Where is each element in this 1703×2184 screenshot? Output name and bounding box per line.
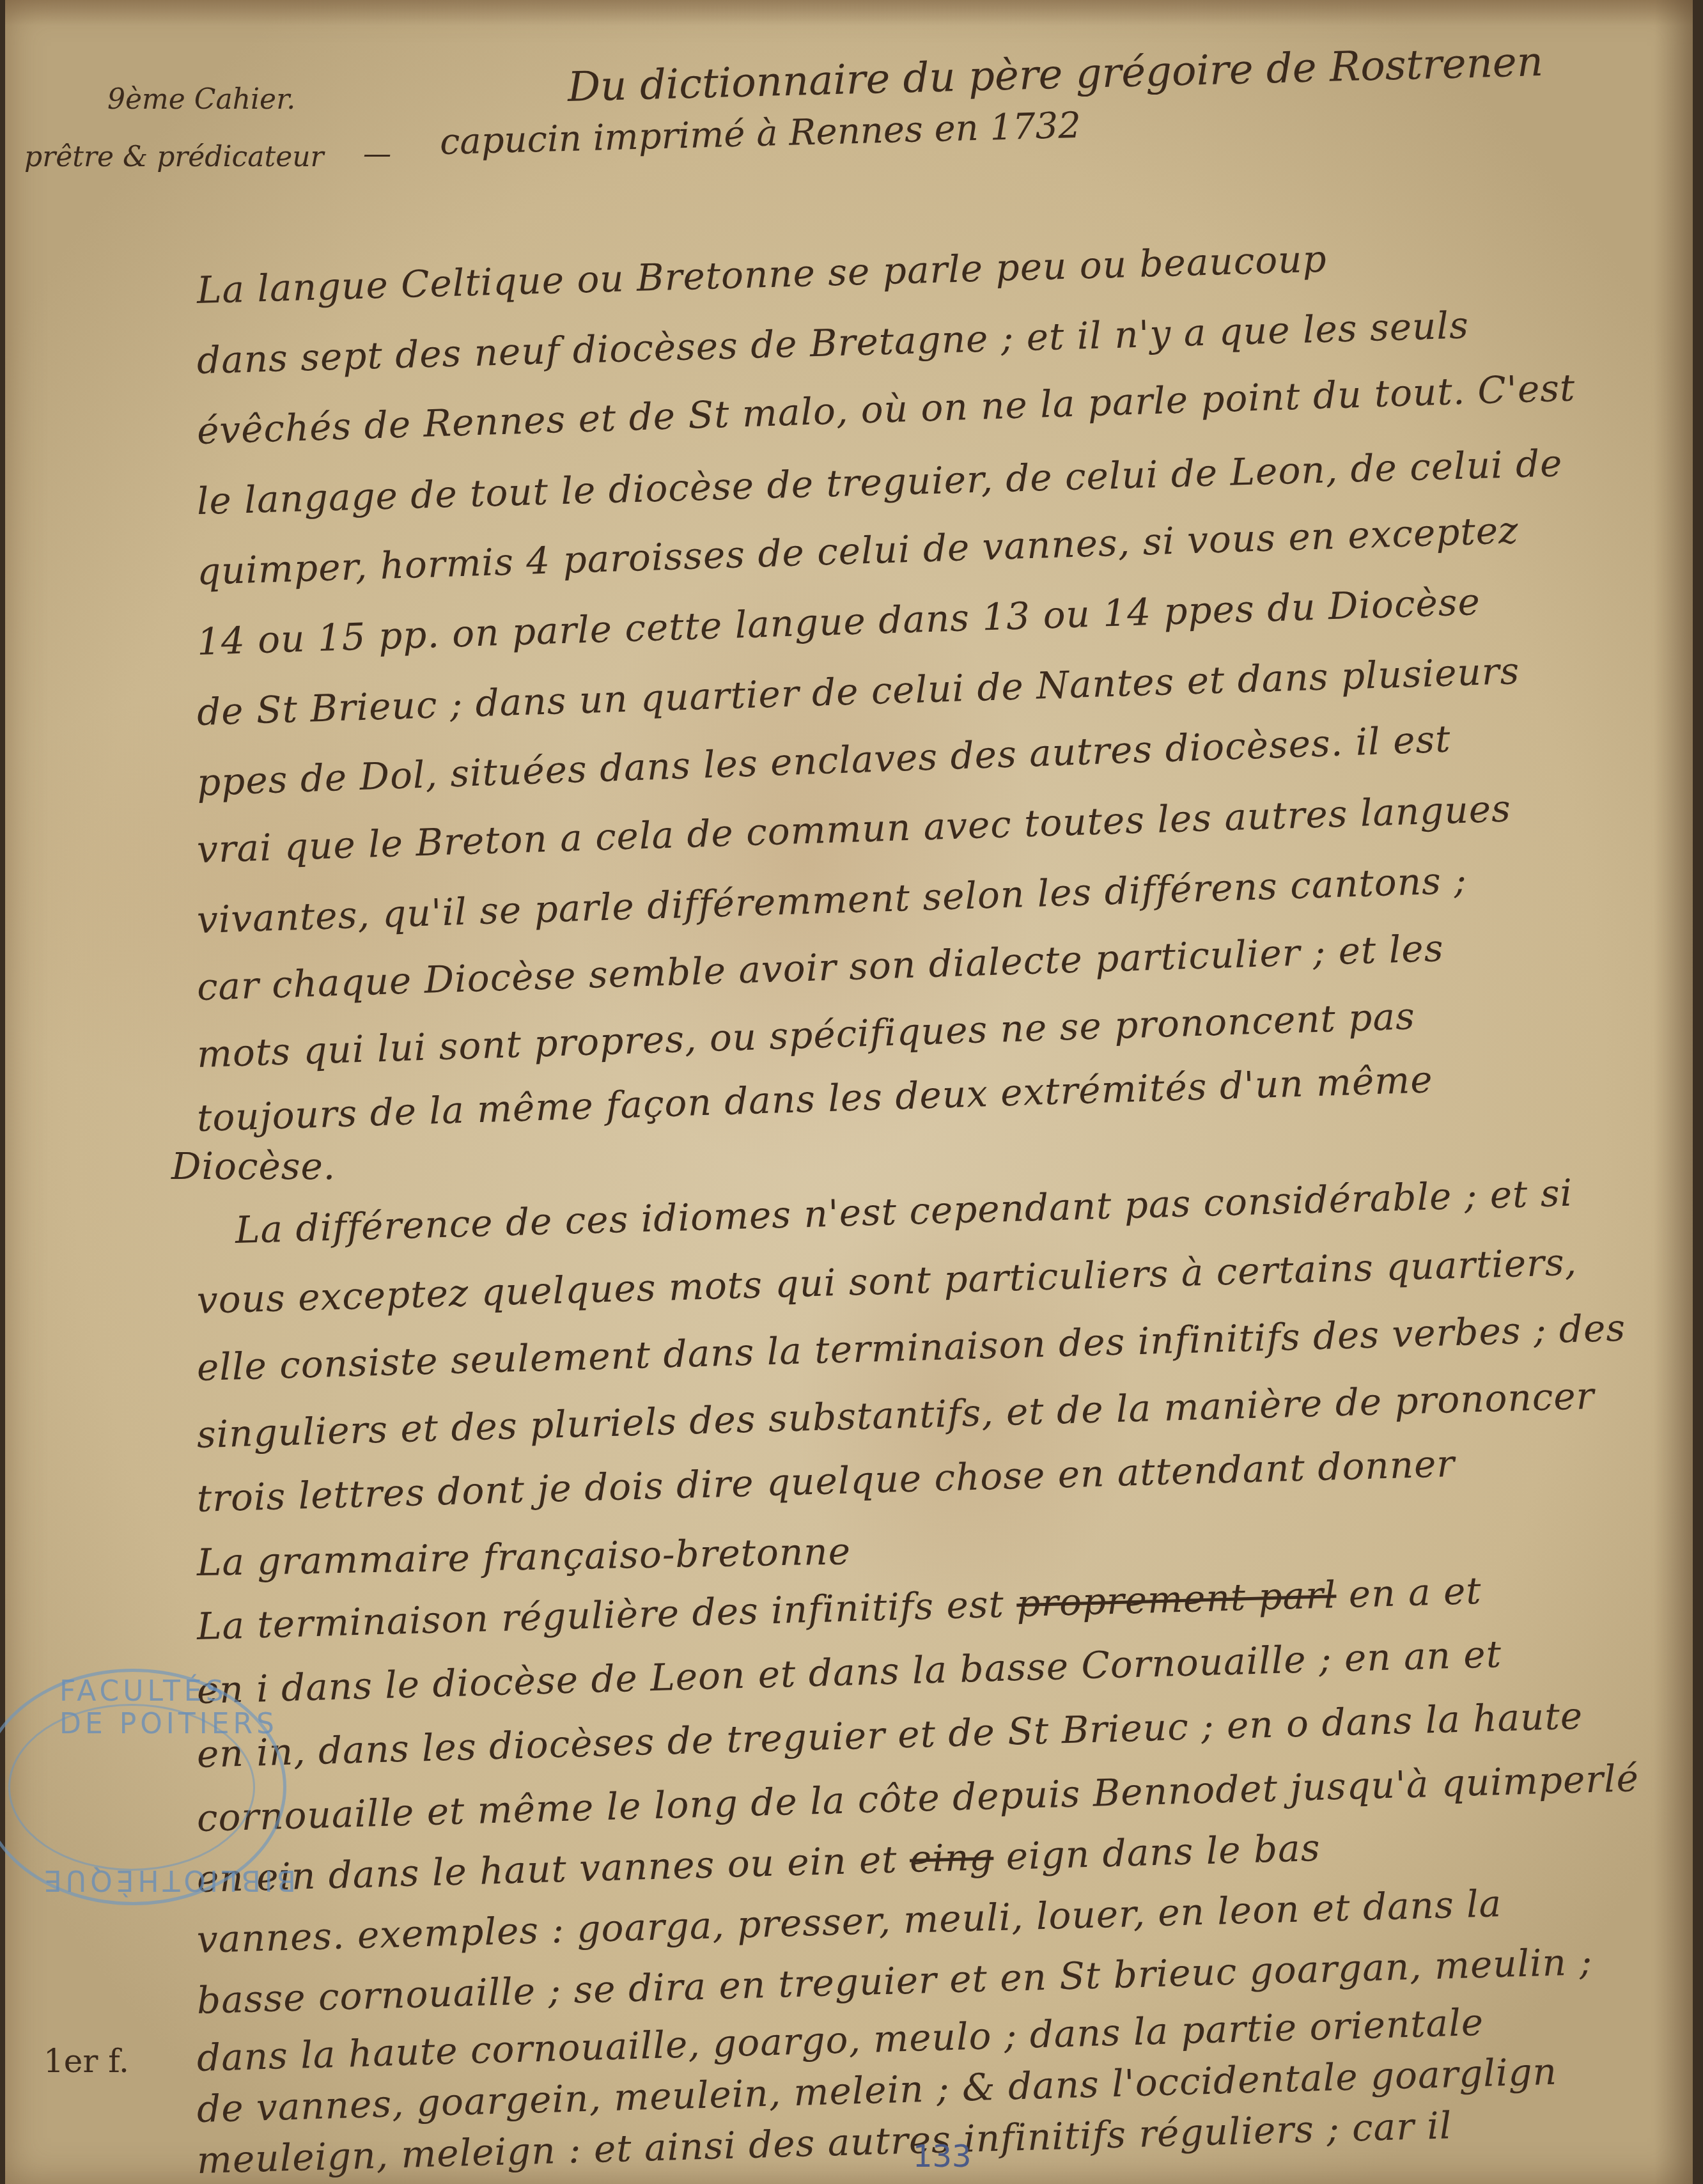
text-line: La grammaire françaiso-bretonne xyxy=(196,1529,851,1584)
page-top-edge xyxy=(5,0,1693,26)
header-subtitle-left: prêtre & prédicateur xyxy=(24,141,324,173)
text-line: car chaque Diocèse semble avoir son dial… xyxy=(196,926,1444,1009)
text-line: en i dans le diocèse de Leon et dans la … xyxy=(196,1632,1502,1712)
struck-text: proprement parl xyxy=(1016,1573,1337,1625)
text-segment: en a et xyxy=(1335,1569,1482,1616)
library-stamp: FACULTÉS DE POITIERS BIBLIOTHÈQUE xyxy=(0,1669,286,1905)
text-line: dans sept des neuf diocèses de Bretagne … xyxy=(196,303,1469,382)
stamp-text-top: FACULTÉS DE POITIERS xyxy=(59,1675,283,1740)
text-line: évêchés de Rennes et de St malo, où on n… xyxy=(196,366,1576,453)
text-line: La langue Celtique ou Bretonne se parle … xyxy=(196,237,1327,312)
header-title-line-2: capucin imprimé à Rennes en 1732 xyxy=(439,105,1082,163)
text-line: La différence de ces idiomes n'est cepen… xyxy=(235,1171,1573,1252)
text-segment: La terminaison régulière des infinitifs … xyxy=(196,1582,1017,1648)
text-line: en ein dans le haut vannes ou ein et ein… xyxy=(196,1826,1321,1901)
text-line: 14 ou 15 pp. on parle cette langue dans … xyxy=(196,580,1481,664)
text-segment: eign dans le bas xyxy=(993,1826,1321,1878)
text-line: vous exceptez quelques mots qui sont par… xyxy=(196,1240,1578,1322)
text-line: Diocèse. xyxy=(171,1144,336,1188)
text-segment: en ein dans le haut vannes ou ein et xyxy=(196,1837,910,1901)
margin-folio-note: 1er f. xyxy=(43,2043,129,2080)
text-line: vrai que le Breton a cela de commun avec… xyxy=(196,786,1512,871)
header-title-line-1: Du dictionnaire du père grégoire de Rost… xyxy=(567,38,1544,111)
text-line: ppes de Dol, situées dans les enclaves d… xyxy=(196,717,1452,804)
manuscript-page: 9ème Cahier. prêtre & prédicateur — Du d… xyxy=(5,0,1693,2184)
text-line: elle consiste seulement dans la terminai… xyxy=(196,1306,1626,1389)
page-binding-edge xyxy=(1654,0,1693,2184)
header-dash: — xyxy=(363,137,391,170)
folio-number: 133 xyxy=(913,2139,972,2174)
struck-text: eing xyxy=(909,1835,994,1881)
text-line: quimper, hormis 4 paroisses de celui de … xyxy=(196,508,1520,593)
text-line: vivantes, qu'il se parle différemment se… xyxy=(196,859,1468,942)
text-line: trois lettres dont je dois dire quelque … xyxy=(196,1442,1456,1520)
stamp-text-bottom: BIBLIOTHÈQUE xyxy=(40,1864,296,1896)
text-line: le langage de tout le diocèse de treguie… xyxy=(196,441,1563,523)
cahier-label: 9ème Cahier. xyxy=(107,83,295,116)
